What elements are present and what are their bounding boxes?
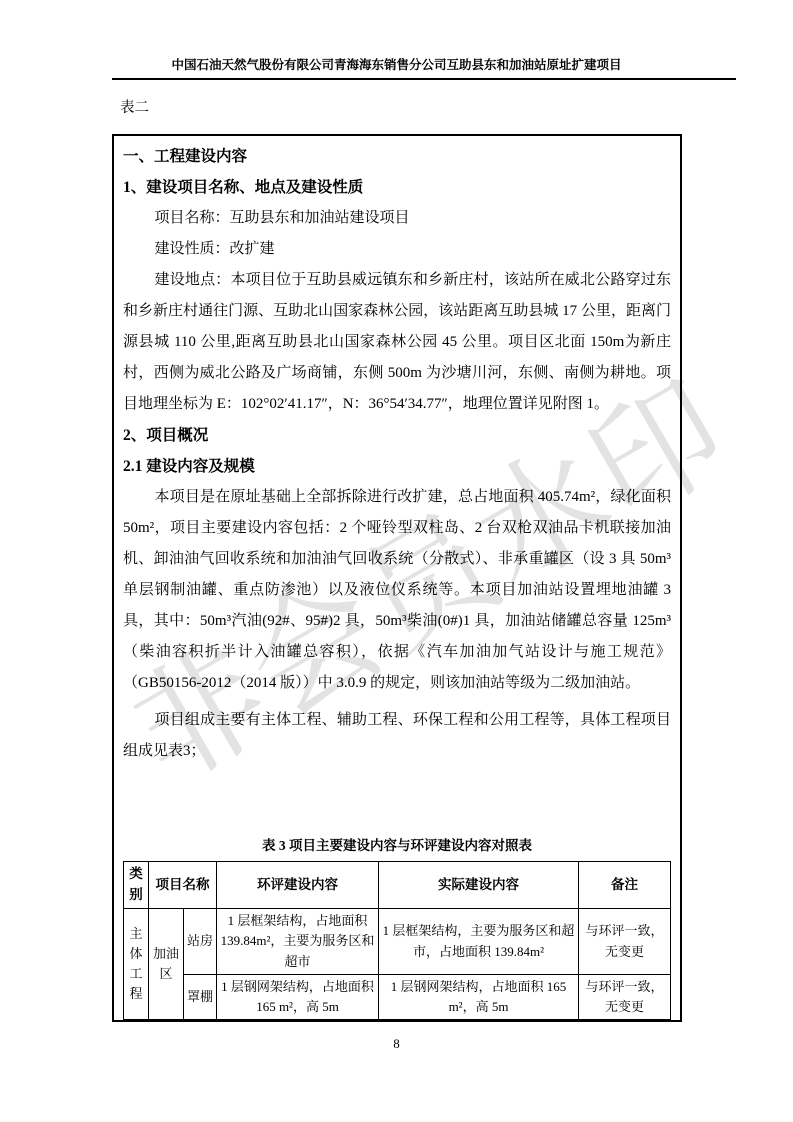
subsection-title-name-location-nature: 1、建设项目名称、地点及建设性质 — [123, 172, 671, 203]
table3-title: 表 3 项目主要建设内容与环评建设内容对照表 — [123, 836, 671, 856]
construction-nature-line: 建设性质：改扩建 — [123, 234, 671, 265]
cell-category-main-works: 主体工程 — [124, 909, 149, 1020]
cell-remark-canopy: 与环评一致，无变更 — [579, 974, 671, 1019]
table3: 类别 项目名称 环评建设内容 实际建设内容 备注 主体工程 加油区 站房 1 层… — [123, 861, 671, 1020]
column-header-actual-content: 实际建设内容 — [379, 862, 579, 909]
content-box: 一、工程建设内容 1、建设项目名称、地点及建设性质 项目名称：互助县东和加油站建… — [112, 134, 682, 1022]
table2-label: 表二 — [120, 96, 149, 117]
cell-remark-station-house: 与环评一致，无变更 — [579, 909, 671, 974]
document-page: 非会员水印 中国石油天然气股份有限公司青海海东销售分公司互助县东和加油站原址扩建… — [0, 0, 793, 1122]
cell-actual-station-house: 1 层框架结构，主要为服务区和超市，占地面积 139.84m² — [379, 909, 579, 974]
cell-item-canopy: 罩棚 — [184, 974, 217, 1019]
table3-section: 表 3 项目主要建设内容与环评建设内容对照表 类别 项目名称 环评建设内容 实际 — [123, 836, 671, 1020]
column-header-remark: 备注 — [579, 862, 671, 909]
table3-header-row: 类别 项目名称 环评建设内容 实际建设内容 备注 — [124, 862, 671, 909]
cell-eia-station-house: 1 层框架结构，占地面积 139.84m²，主要为服务区和超市 — [217, 909, 379, 974]
section-title-engineering-content: 一、工程建设内容 — [123, 141, 671, 172]
composition-paragraph: 项目组成主要有主体工程、辅助工程、环保工程和公用工程等，具体工程项目组成见表3； — [123, 705, 671, 767]
cell-area-refueling-zone: 加油区 — [149, 909, 184, 1020]
subsection-title-content-scale: 2.1 建设内容及规模 — [123, 451, 671, 482]
page-header-title: 中国石油天然气股份有限公司青海海东销售分公司互助县东和加油站原址扩建项目 — [0, 55, 793, 73]
header-divider — [112, 78, 736, 80]
column-header-project-name: 项目名称 — [149, 862, 217, 909]
page-number: 8 — [0, 1036, 793, 1052]
table-row-station-house: 主体工程 加油区 站房 1 层框架结构，占地面积 139.84m²，主要为服务区… — [124, 909, 671, 974]
cell-actual-canopy: 1 层钢网架结构，占地面积 165 m²，高 5m — [379, 974, 579, 1019]
table-row-canopy: 罩棚 1 层钢网架结构，占地面积 165 m²，高 5m 1 层钢网架结构，占地… — [124, 974, 671, 1019]
project-name-line: 项目名称：互助县东和加油站建设项目 — [123, 203, 671, 234]
scale-paragraph: 本项目是在原址基础上全部拆除进行改扩建，总占地面积 405.74m²，绿化面积 … — [123, 482, 671, 699]
cell-eia-canopy: 1 层钢网架结构，占地面积 165 m²，高 5m — [217, 974, 379, 1019]
subsection-title-project-overview: 2、项目概况 — [123, 420, 671, 451]
cell-item-station-house: 站房 — [184, 909, 217, 974]
location-paragraph: 建设地点：本项目位于互助县威远镇东和乡新庄村，该站所在威北公路穿过东和乡新庄村通… — [123, 265, 671, 420]
column-header-eia-content: 环评建设内容 — [217, 862, 379, 909]
column-header-category: 类别 — [124, 862, 149, 909]
